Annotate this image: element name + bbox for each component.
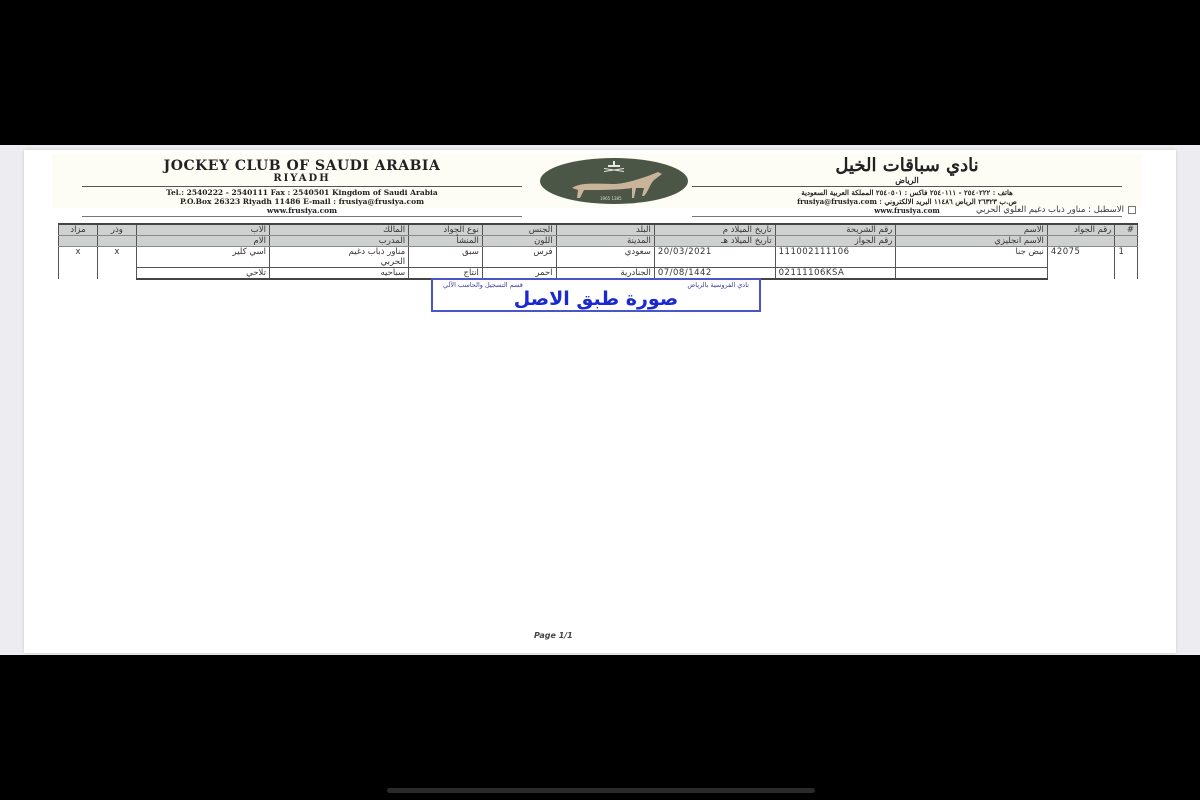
header-wathr: وذر (97, 224, 136, 236)
cell-empty (556, 257, 654, 268)
cell-country: سعودي (556, 247, 654, 258)
website-english: www.frusiya.com (82, 206, 522, 215)
contact-line-1-arabic: هاتف : ٢٥٤٠٢٢٢ - ٢٥٤٠١١١ فاكس : ٢٥٤٠٥٠١ … (692, 188, 1122, 197)
cell-trainer: سباحيه (269, 268, 408, 280)
checkbox-icon (1128, 206, 1136, 214)
cell-chip-number: 111002111106 (775, 247, 896, 258)
cell-empty (896, 257, 1048, 268)
cell-wathr: x (97, 247, 136, 280)
header-horse-number: رقم الجواد (1047, 224, 1115, 236)
header-wathr-2 (97, 236, 136, 247)
divider (82, 186, 522, 187)
certified-copy-stamp: نادي الفروسية بالرياض قسم التسجيل والحاس… (431, 278, 761, 312)
cell-name: نبض جنا (896, 247, 1048, 258)
header-dam: الام (136, 236, 269, 247)
cell-owner-line-2: الحربي (269, 257, 408, 268)
header-city: المدينة (556, 236, 654, 247)
cell-sire: اسي كلير (136, 247, 269, 258)
header-country: البلد (556, 224, 654, 236)
header-trainer: المدرب (269, 236, 408, 247)
cell-owner-line-1: مناور ذباب دغيم (269, 247, 408, 258)
stable-name: الاسطبل : مناور ذباب دغيم العلوي الحربي (976, 205, 1124, 215)
cell-empty (654, 257, 775, 268)
stamp-department: قسم التسجيل والحاسب الآلي (443, 281, 523, 289)
horses-table: # رقم الجواد الاسم رقم الشريحة تاريخ الم… (58, 223, 1138, 280)
header-birth-hijri: تاريخ الميلاد هـ (654, 236, 775, 247)
header-english-name: الاسم انجليزي (896, 236, 1048, 247)
divider (692, 186, 1122, 187)
letterhead-english: JOCKEY CLUB OF SAUDI ARABIA RIYADH Tel.:… (82, 158, 522, 217)
header-sex: الجنس (482, 224, 556, 236)
horse-emblem-icon: 1965 1385 (540, 158, 688, 204)
header-index: # (1115, 224, 1138, 236)
club-name-arabic: نادي سباقات الخيل (692, 156, 1122, 176)
header-horse-type: نوع الجواد (409, 224, 483, 236)
cell-horse-number: 42075 (1047, 247, 1115, 280)
header-passport-number: رقم الجواز (775, 236, 896, 247)
cell-empty (775, 257, 896, 268)
table-row-continuation: الحربي (59, 257, 1138, 268)
table-header-row-1: # رقم الجواد الاسم رقم الشريحة تاريخ الم… (59, 224, 1138, 236)
cell-english-name (896, 268, 1048, 280)
cell-dam: تلاحي (136, 268, 269, 280)
letterhead: JOCKEY CLUB OF SAUDI ARABIA RIYADH Tel.:… (52, 154, 1142, 208)
header-auction: مزاد (59, 224, 98, 236)
cell-index: 1 (1115, 247, 1138, 280)
cell-auction: x (59, 247, 98, 280)
cell-empty (409, 257, 483, 268)
header-sire: الاب (136, 224, 269, 236)
home-indicator-bar[interactable] (387, 788, 815, 793)
table-row: 1 42075 نبض جنا 111002111106 20/03/2021 … (59, 247, 1138, 258)
cell-sex: فرس (482, 247, 556, 258)
svg-text:1965 1385: 1965 1385 (600, 196, 622, 201)
stamp-text: صورة طبق الاصل (433, 289, 759, 309)
header-name: الاسم (896, 224, 1048, 236)
divider (692, 216, 1122, 217)
header-birth-gregorian: تاريخ الميلاد م (654, 224, 775, 236)
club-city-arabic: الرياض (692, 175, 1122, 185)
header-owner: المالك (269, 224, 408, 236)
cell-empty (136, 257, 269, 268)
cell-birth-gregorian: 20/03/2021 (654, 247, 775, 258)
header-auction-2 (59, 236, 98, 247)
contact-line-1: Tel.: 2540222 - 2540111 Fax : 2540501 Ki… (82, 188, 522, 197)
divider (82, 216, 522, 217)
club-city-english: RIYADH (82, 173, 522, 184)
header-index-2 (1115, 236, 1138, 247)
stable-label: الاسطبل : مناور ذباب دغيم العلوي الحربي (976, 205, 1136, 215)
stamp-club: نادي الفروسية بالرياض (687, 281, 749, 289)
contact-line-2: P.O.Box 26323 Riyadh 11486 E-mail : frus… (82, 197, 522, 206)
header-color: اللون (482, 236, 556, 247)
cell-passport-number: 02111106KSA (775, 268, 896, 280)
cell-empty (482, 257, 556, 268)
cell-horse-type: سبق (409, 247, 483, 258)
header-origin: المنشأ (409, 236, 483, 247)
document-page: JOCKEY CLUB OF SAUDI ARABIA RIYADH Tel.:… (24, 150, 1176, 653)
club-name-english: JOCKEY CLUB OF SAUDI ARABIA (82, 158, 522, 174)
page-number: Page 1/1 (534, 631, 573, 640)
table-header-row-2: الاسم انجليزي رقم الجواز تاريخ الميلاد ه… (59, 236, 1138, 247)
header-chip-number: رقم الشريحة (775, 224, 896, 236)
header-horse-number-2 (1047, 236, 1115, 247)
